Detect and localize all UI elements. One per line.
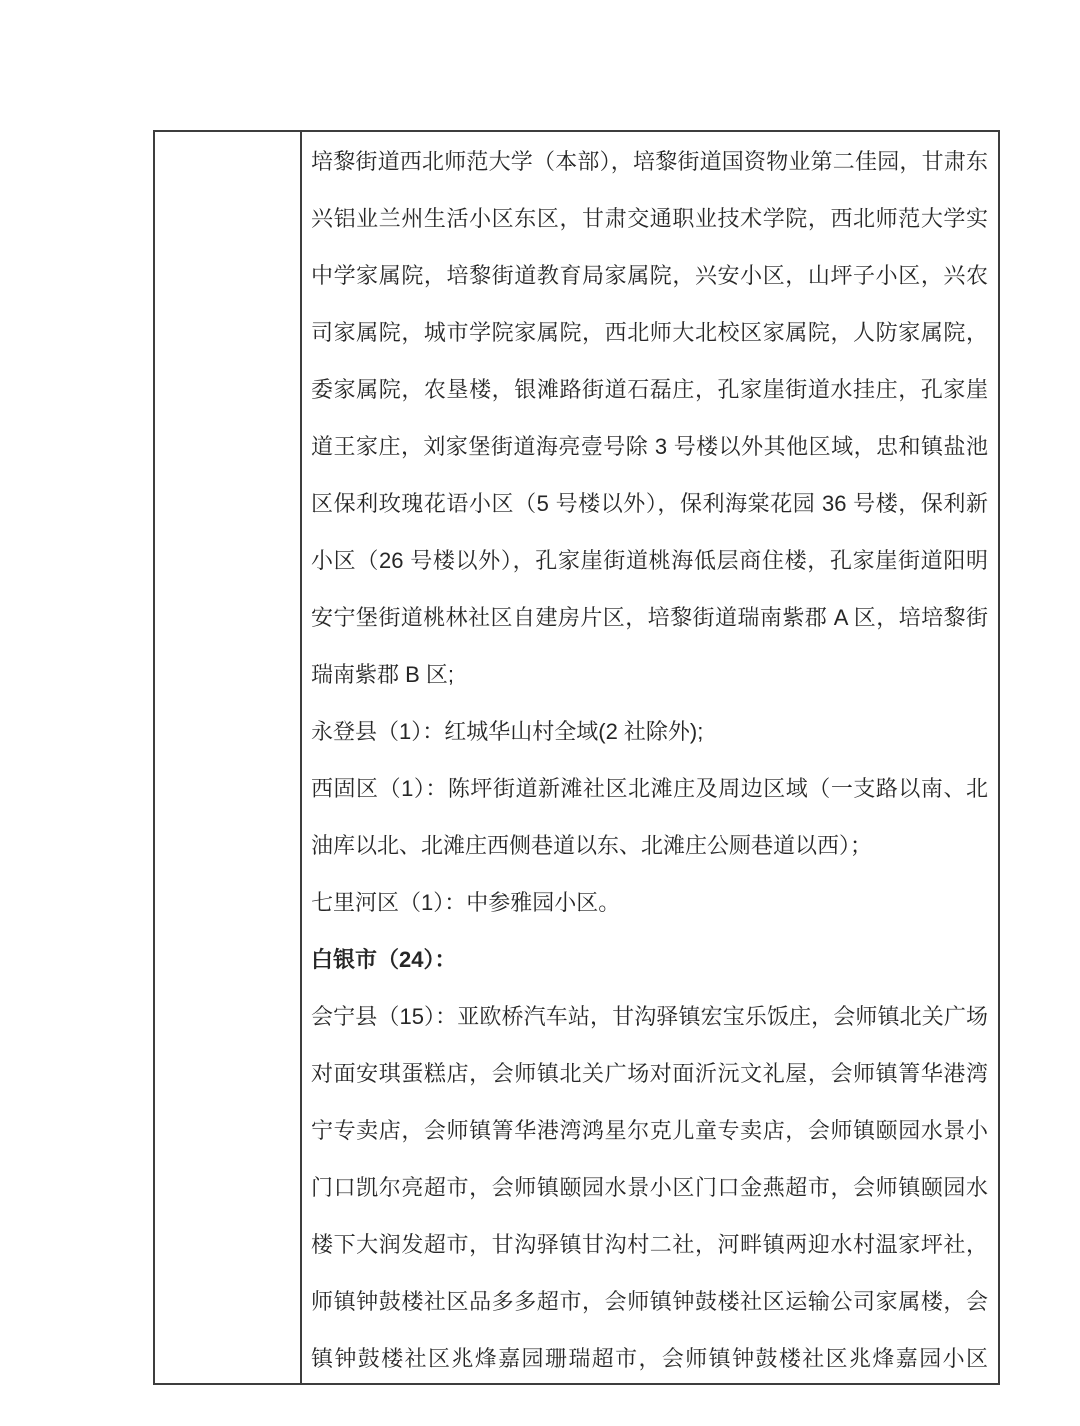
text-line: 白银市（24）：: [311, 931, 988, 988]
empty-row-header-cell: [155, 132, 302, 1383]
text-line: 兴铝业兰州生活小区东区，甘肃交通职业技术学院，西北师范大学实验: [311, 190, 988, 247]
text-line: 中学家属院，培黎街道教育局家属院，兴安小区，山坪子小区，兴农公: [311, 247, 988, 304]
text-line: 七里河区（1）：中参雅园小区。: [311, 874, 988, 931]
text-line: 瑞南紫郡 B 区;: [311, 646, 988, 703]
text-line: 对面安琪蛋糕店，会师镇北关广场对面沂沅文礼屋，会师镇箐华港湾李: [311, 1045, 988, 1102]
text-line: 永登县（1）：红城华山村全域(2 社除外);: [311, 703, 988, 760]
text-line: 油库以北、北滩庄西侧巷道以东、北滩庄公厕巷道以西）；: [311, 817, 988, 874]
text-line: 镇钟鼓楼社区兆烽嘉园珊瑞超市，会师镇钟鼓楼社区兆烽嘉园小区（15: [311, 1330, 988, 1383]
text-line: 西固区（1）：陈坪街道新滩社区北滩庄及周边区域（一支路以南、北滩: [311, 760, 988, 817]
text-line: 门口凯尔亮超市，会师镇颐园水景小区门口金燕超市，会师镇颐园水景: [311, 1159, 988, 1216]
text-line: 区保利玫瑰花语小区（5 号楼以外），保利海棠花园 36 号楼，保利新派: [311, 475, 988, 532]
text-line: 会宁县（15）：亚欧桥汽车站，甘沟驿镇宏宝乐饭庄，会师镇北关广场: [311, 988, 988, 1045]
text-line: 楼下大润发超市，甘沟驿镇甘沟村二社，河畔镇两迎水村温家坪社，会: [311, 1216, 988, 1273]
document-table: 培黎街道西北师范大学（本部），培黎街道国资物业第二佳园，甘肃东兴铝业兰州生活小区…: [153, 130, 1000, 1385]
region-list-cell: 培黎街道西北师范大学（本部），培黎街道国资物业第二佳园，甘肃东兴铝业兰州生活小区…: [302, 132, 998, 1383]
text-line: 小区（26 号楼以外），孔家崖街道桃海低层商住楼，孔家崖街道阳明巷，: [311, 532, 988, 589]
text-line: 委家属院，农垦楼，银滩路街道石磊庄，孔家崖街道水挂庄，孔家崖街: [311, 361, 988, 418]
text-line: 道王家庄，刘家堡街道海亮壹号除 3 号楼以外其他区域，忠和镇盐池社: [311, 418, 988, 475]
text-line: 培黎街道西北师范大学（本部），培黎街道国资物业第二佳园，甘肃东: [311, 133, 988, 190]
text-line: 宁专卖店，会师镇箐华港湾鸿星尔克儿童专卖店，会师镇颐园水景小区: [311, 1102, 988, 1159]
text-line: 司家属院，城市学院家属院，西北师大北校区家属院，人防家属院，建: [311, 304, 988, 361]
text-line: 师镇钟鼓楼社区品多多超市，会师镇钟鼓楼社区运输公司家属楼，会师: [311, 1273, 988, 1330]
text-line: 安宁堡街道桃林社区自建房片区，培黎街道瑞南紫郡 A 区，培培黎街道: [311, 589, 988, 646]
